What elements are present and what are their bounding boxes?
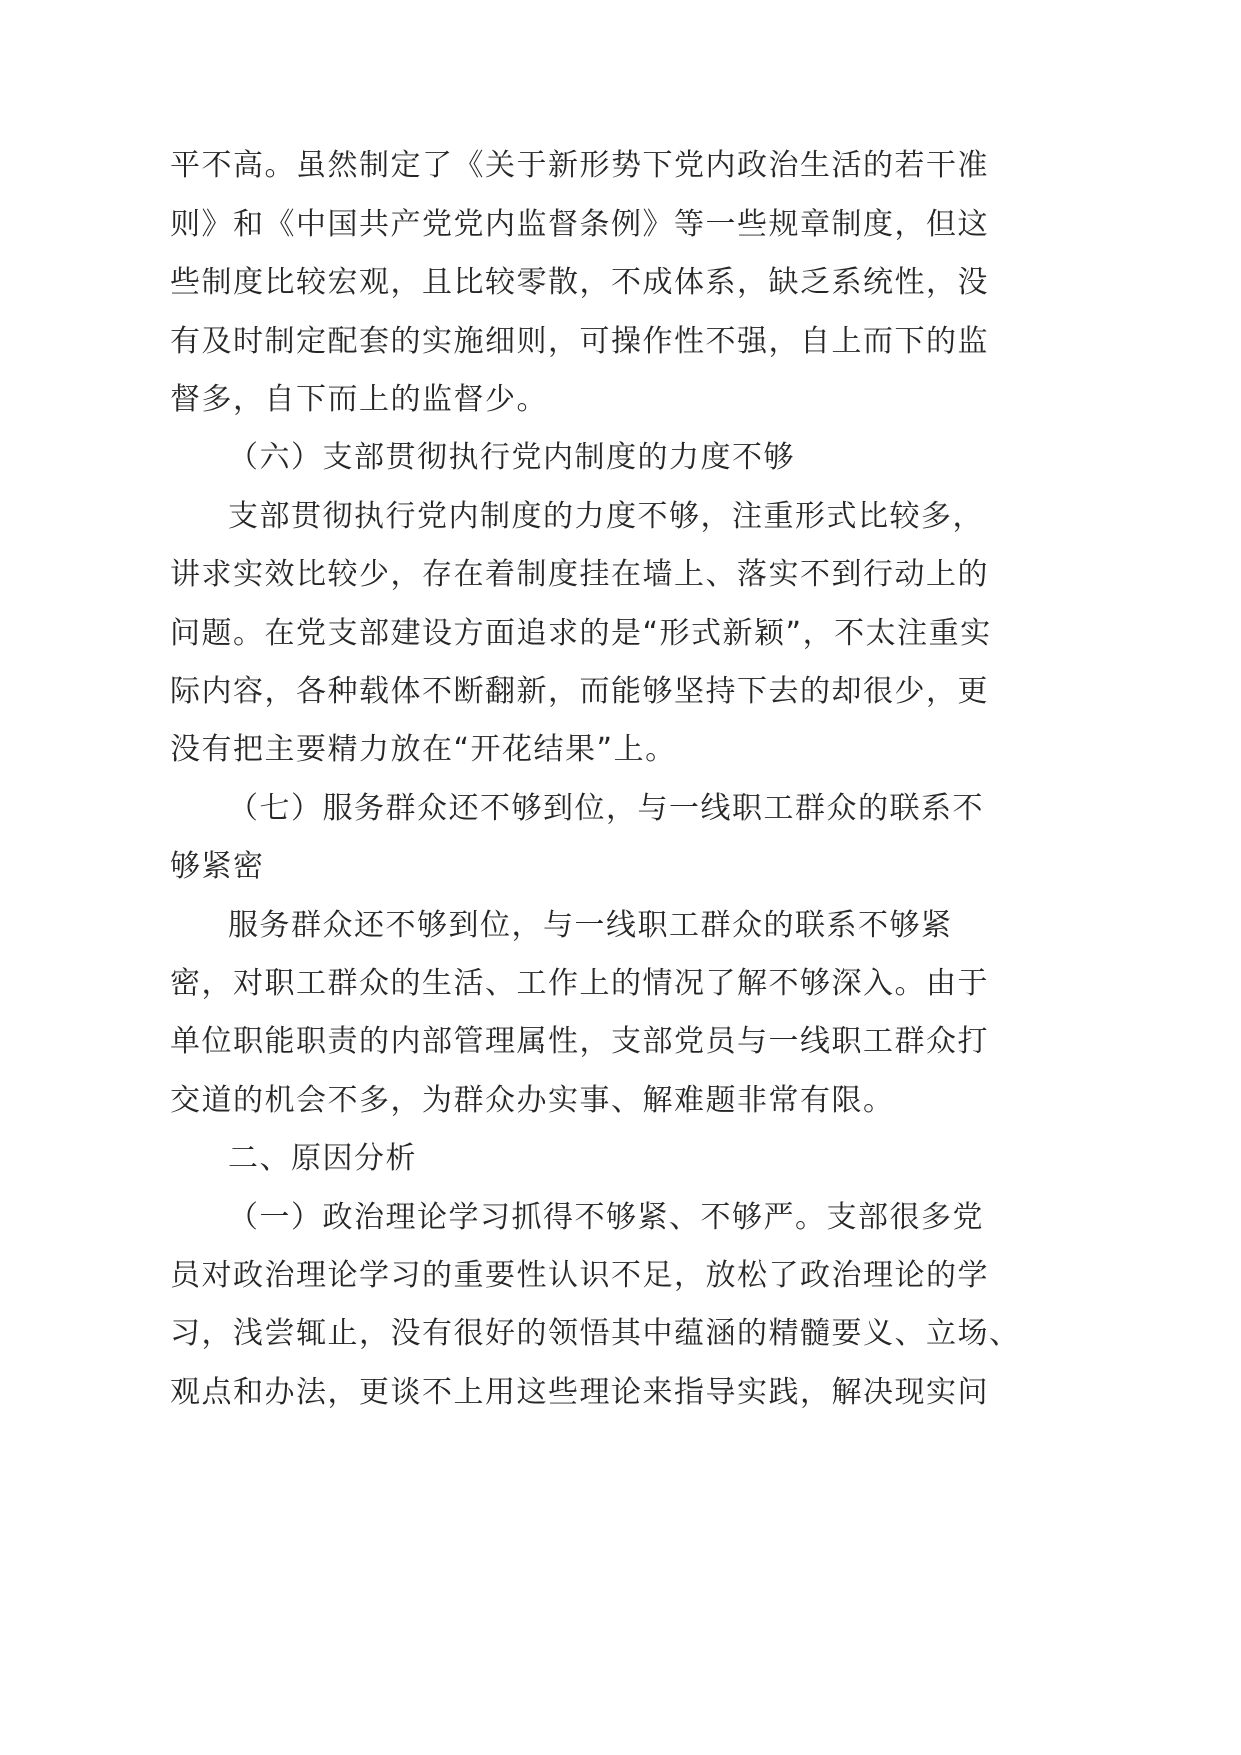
paragraph-line: 习，浅尝辄止，没有很好的领悟其中蕴涵的精髓要义、立场、 (170, 1314, 1021, 1354)
paragraph-line: 单位职能职责的内部管理属性，支部党员与一线职工群众打 (170, 1022, 989, 1062)
paragraph-line: 有及时制定配套的实施细则，可操作性不强，自上而下的监 (170, 322, 989, 362)
paragraph-line: 员对政治理论学习的重要性认识不足，放松了政治理论的学 (170, 1256, 989, 1296)
section-heading-7-continued: 够紧密 (170, 847, 265, 887)
paragraph-line: 交道的机会不多，为群众办实事、解难题非常有限。 (170, 1081, 895, 1121)
paragraph-line: 督多，自下而上的监督少。 (170, 380, 548, 420)
paragraph-line: （一）政治理论学习抓得不够紧、不够严。支部很多党 (228, 1198, 984, 1238)
paragraph-line: 则》和《中国共产党党内监督条例》等一些规章制度，但这 (170, 205, 989, 245)
paragraph-line: 平不高。虽然制定了《关于新形势下党内政治生活的若干准 (170, 146, 989, 186)
paragraph-line: 际内容，各种载体不断翻新，而能够坚持下去的却很少，更 (170, 672, 989, 712)
section-heading-7: （七）服务群众还不够到位，与一线职工群众的联系不 (228, 789, 984, 829)
paragraph-line: 支部贯彻执行党内制度的力度不够，注重形式比较多， (228, 497, 984, 537)
section-heading-6: （六）支部贯彻执行党内制度的力度不够 (228, 438, 795, 478)
paragraph-line: 些制度比较宏观，且比较零散，不成体系，缺乏系统性，没 (170, 263, 989, 303)
paragraph-line: 密，对职工群众的生活、工作上的情况了解不够深入。由于 (170, 964, 989, 1004)
paragraph-line: 没有把主要精力放在“开花结果”上。 (170, 730, 677, 770)
paragraph-line: 服务群众还不够到位，与一线职工群众的联系不够紧 (228, 906, 953, 946)
chapter-heading-cause-analysis: 二、原因分析 (228, 1139, 417, 1179)
document-page: 平不高。虽然制定了《关于新形势下党内政治生活的若干准 则》和《中国共产党党内监督… (0, 0, 1241, 1755)
paragraph-line: 讲求实效比较少，存在着制度挂在墙上、落实不到行动上的 (170, 555, 989, 595)
paragraph-line: 观点和办法，更谈不上用这些理论来指导实践，解决现实问 (170, 1373, 989, 1413)
paragraph-line: 问题。在党支部建设方面追求的是“形式新颖”，不太注重实 (170, 614, 992, 654)
